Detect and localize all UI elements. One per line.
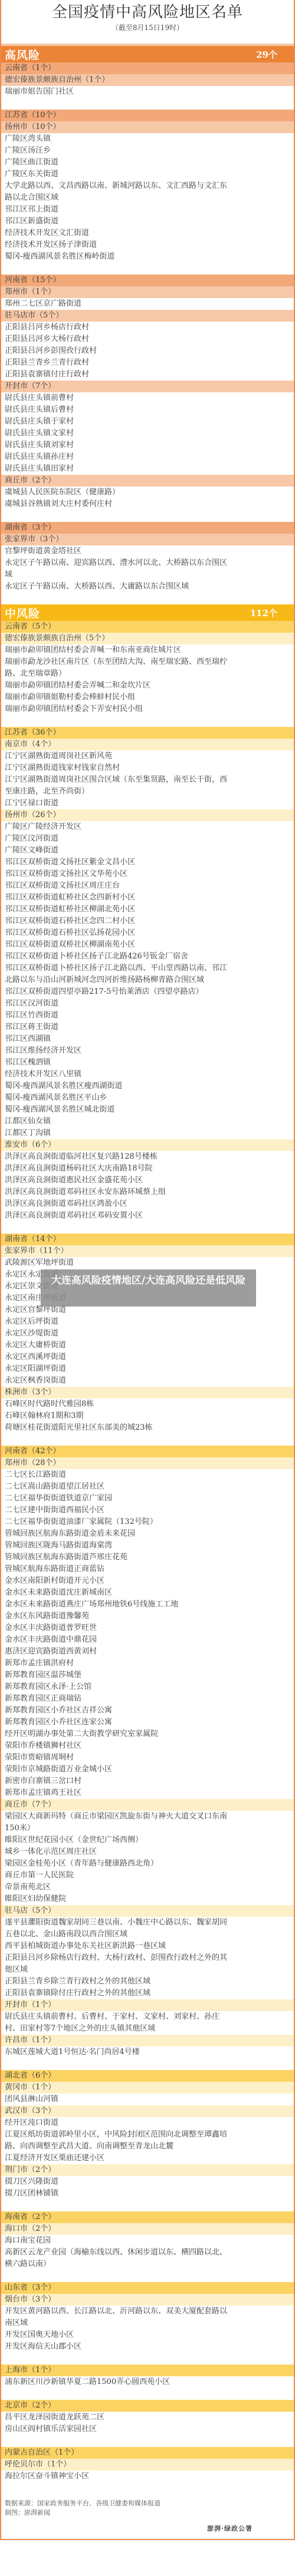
city-header: 荆门市（2个）: [1, 2164, 294, 2176]
area-item: 广陵区东关街道: [1, 168, 294, 180]
section-gap: [1, 2435, 294, 2447]
area-item: 睢阳区世纪花园小区（金世纪广场西侧）: [1, 1834, 294, 1846]
area-item: 遂平县灈阳街道魏家胡同三巷以南、小魏庄中心路以东、魏家胡同五巷以北、金山路南段以…: [1, 1917, 294, 1940]
section-gap: [1, 510, 294, 522]
area-item: 东城区莲城大道1号恒达·名门尚居4号楼: [1, 2046, 294, 2058]
area-item: 洪泽区高良涧街道邓码社区鸿盈小区: [1, 1198, 294, 1210]
city-header: 海口市（2个）: [1, 2223, 294, 2235]
mid-risk-list: 云南省（5个）德宏傣族景颇族自治州（5个）瑞丽市勐卯镇团结村委会弄喊一和东南亚商…: [1, 621, 294, 2494]
area-item: 永定区子午路以南、大桥路以西、大庸路以东合围区域: [1, 581, 294, 593]
city-header: 商丘市（7个）: [1, 1799, 294, 1811]
area-item: 尉氏县庄头镇前曹村、后曹村、于家村、文家村、刘家村、孙庄村、田家村等7个地区之外…: [1, 2011, 294, 2035]
area-item: 经开区沌口街道: [1, 2117, 294, 2129]
mid-risk-header: 中风险 112个: [1, 604, 294, 621]
area-item: 二七区建中街街道西福民小区: [1, 1504, 294, 1516]
city-header: 株洲市（3个）: [1, 1387, 294, 1398]
city-header: 驻马店（5个）: [1, 1905, 294, 1917]
mid-risk-section: 中风险 112个 云南省（5个）德宏傣族景颇族自治州（5个）瑞丽市勐卯镇团结村委…: [1, 604, 294, 2494]
area-item: 邗江区蒋王街道: [1, 1021, 294, 1033]
city-header: 武汉市（3个）: [1, 2105, 294, 2117]
area-item: 永定区阳湖坪街道: [1, 1363, 294, 1375]
area-item: 蜀冈-瘦西湖风景名胜区瘦西湖街道: [1, 1080, 294, 1092]
area-item: 新郑教育园区永泽·上公馆: [1, 1681, 294, 1693]
area-item: 经济技术开发区扬子津街道: [1, 239, 294, 251]
area-item: 蜀冈-瘦西湖风景名胜区梅岭街道: [1, 251, 294, 263]
area-item: 江夏区纸坊街道郭岭里小区，中风险封闭区范围向北调整至谭鑫培路、向西调整至武昌大道…: [1, 2129, 294, 2152]
area-item: 洪泽区高良涧街道邓码社区永安东路环城蔡上组: [1, 1186, 294, 1198]
risk-list-infographic: 全国疫情中高风险地区名单 （截至8月15日19时） 高风险 29个 云南省（1个…: [0, 0, 295, 2540]
province-header: 山东省（3个）: [1, 2282, 294, 2294]
area-item: 邗江区竹西街道: [1, 1010, 294, 1021]
chart-credit: 制图：澎湃新闻: [5, 2508, 290, 2518]
area-item: 洪泽区高良涧街道邓码社区邓码安置小区: [1, 1210, 294, 1222]
province-header: 北京市（2个）: [1, 2400, 294, 2412]
area-item: 武陵源区军地坪街道: [1, 1257, 294, 1269]
area-item: 广陵区汶河街道: [1, 833, 294, 845]
area-item: 尉氏县庄头镇刘家村: [1, 439, 294, 451]
area-item: 洪泽区高良涧街道惠民社区金盛花苑小区: [1, 1175, 294, 1186]
page-title: 全国疫情中高风险地区名单: [1, 0, 294, 21]
city-header: 开封市（7个）: [1, 381, 294, 392]
area-item: 邗江区双桥街道四望亭路217-5号怡莱酒店（四望亭路店）: [1, 986, 294, 998]
section-gap: [1, 2058, 294, 2070]
city-header: 德宏傣族景颇族自治州（1个）: [1, 74, 294, 86]
province-header: 内蒙古自治区（1个）: [1, 2447, 294, 2459]
area-item: 新郑教育园区正商瑞钻: [1, 1693, 294, 1705]
area-item: 虞城县人民医院东院区（健康路）: [1, 487, 294, 498]
area-item: 广陵区湾头镇: [1, 133, 294, 145]
area-item: 正阳县吕河乡除杨店行政村、大杨行政村、彭围孜行政村之外的其他区域: [1, 1952, 294, 1976]
area-item: 正阳县吕河乡杨店行政村: [1, 322, 294, 333]
area-item: 新郑教育园区温莎城堡: [1, 1669, 294, 1681]
province-header: 云南省（5个）: [1, 621, 294, 633]
province-header: 湖南省（14个）: [1, 1234, 294, 1245]
area-item: 金水区南阳新村街道开元小区: [1, 1575, 294, 1587]
area-item: 海拉尔区奋斗镇神宝小区: [1, 2471, 294, 2482]
city-header: 张家界市（11个）: [1, 1245, 294, 1257]
data-source: 数据来源：国家政务服务平台、各级卫健委和媒体报道: [5, 2499, 290, 2508]
area-item: 新郑市孟庄镇洪府村: [1, 1658, 294, 1669]
area-item: 大学北路以西、文昌西路以南、新城河路以东、文汇西路与文汇东路以北合围区域: [1, 180, 294, 204]
province-header: 湖北省（6个）: [1, 2070, 294, 2082]
area-item: 高新区云龙产业园（海榆东线以西、休闲步道以东、横四路以北、横六路以南）: [1, 2247, 294, 2270]
city-header: 驻马店市（5个）: [1, 310, 294, 322]
area-item: 永定区后坪街道: [1, 1316, 294, 1328]
area-item: 永定区沙堤街道: [1, 1328, 294, 1340]
area-item: 掇刀区兴隆街道: [1, 2176, 294, 2188]
area-item: 永定区西溪坪街道: [1, 1351, 294, 1363]
city-header: 淮安市（6个）: [1, 1139, 294, 1151]
area-item: 江都区仙女镇: [1, 1116, 294, 1127]
area-item: 虞城县谷熟镇刘大庄村委何庄村: [1, 498, 294, 510]
section-gap: [1, 2353, 294, 2365]
high-risk-list: 云南省（1个）德宏傣族景颇族自治州（1个）瑞丽市姐告国门社区江苏省（10个）扬州…: [1, 62, 294, 604]
city-header: 张家界市（3个）: [1, 534, 294, 545]
area-item: 瑞丽市姐告国门社区: [1, 86, 294, 98]
footer: 数据来源：国家政务服务平台、各级卫健委和媒体报道 制图：澎湃新闻: [1, 2494, 294, 2524]
area-item: 开发区国奥天地小区: [1, 2329, 294, 2341]
province-header: 江苏省（36个）: [1, 727, 294, 739]
area-item: 邗江区双桥街道卜桥社区扬子江北路426号钣金厂宿舍: [1, 951, 294, 963]
area-item: 尉氏县庄头镇前曹村: [1, 392, 294, 404]
area-item: 管城区航海东路街道正商蓝钻: [1, 1563, 294, 1575]
area-item: 瑞丽市勐卯镇团结村委会弄喊一和东南亚商住城片区: [1, 644, 294, 656]
area-item: 邗江区双桥街道卜桥社区扬子江北路以西、平山堂西路以南、邗江北路以东与沿山河新城河…: [1, 963, 294, 986]
section-gap: [1, 2482, 294, 2494]
area-item: 石峰区翰林府1期和3期: [1, 1410, 294, 1422]
city-header: 郑州市（28个）: [1, 1457, 294, 1469]
area-item: 金水区丰庆路街道中鼎花园: [1, 1634, 294, 1646]
area-item: 浦东新区川沙新镇华夏二路1500弄心圆西苑小区: [1, 2376, 294, 2388]
section-gap: [1, 1434, 294, 1446]
area-item: 开发区海信天山郡小区: [1, 2341, 294, 2353]
area-item: 邗江区双桥街道石桥社区念四二村小区: [1, 915, 294, 927]
area-item: 邗江区双桥街道文扬社区紫金文昌小区: [1, 857, 294, 868]
mid-risk-label: 中风险: [5, 605, 40, 621]
area-item: 金水区东风路街道豫馨苑: [1, 1611, 294, 1622]
section-gap: [1, 2200, 294, 2211]
caption-overlay: 大连高风险疫情地区/大连高风险还是低风险: [41, 1269, 256, 1307]
area-item: 邗江区双桥街道虹桥社区柳湖北苑小区: [1, 904, 294, 915]
page-subtitle: （截至8月15日19时）: [1, 22, 294, 33]
province-header: 上海市（1个）: [1, 2365, 294, 2376]
area-item: 江宁区湖熟街道周岗社区围合区域（东至集贤路，南至长干街，西至康庄路，北至齐尚街）: [1, 774, 294, 798]
area-item: 管城回族区航海东路街道金盾未来花园: [1, 1528, 294, 1540]
area-item: 邗江区邗上街道: [1, 204, 294, 216]
area-item: 二七区福华街街道油漆厂家属院（132号院）: [1, 1516, 294, 1528]
area-item: 邗江区新盛街道: [1, 216, 294, 227]
city-header: 德宏傣族景颇族自治州（5个）: [1, 633, 294, 644]
province-header: 湖南省（3个）: [1, 522, 294, 534]
area-item: 正阳县吕河乡大杨行政村: [1, 333, 294, 345]
area-item: 睢阳区妇幼保健院: [1, 1893, 294, 1905]
area-item: 帝景南苑北区: [1, 1881, 294, 1893]
area-item: 新郑教育园区小乔社区连家公寓: [1, 1717, 294, 1728]
area-item: 荥阳市京城路街道万业金城小区: [1, 1764, 294, 1775]
high-risk-section: 高风险 29个 云南省（1个）德宏傣族景颇族自治州（1个）瑞丽市姐告国门社区江苏…: [1, 46, 294, 604]
province-header: 江苏省（10个）: [1, 110, 294, 121]
area-item: 官黎坪街道黄金塔社区: [1, 545, 294, 557]
section-gap: [1, 2388, 294, 2400]
area-item: 瑞丽市勐龙沙社区南片区（东至团结大沟、南至瑞宏路、西至瑞柠路、北至瑞章路）: [1, 656, 294, 680]
area-item: 瑞丽市勐卯镇团结村委会弄喊二和金坎片区: [1, 680, 294, 692]
area-item: 正阳县兰青乡兰青行政村: [1, 357, 294, 369]
area-item: 永定区枫香岗街道: [1, 1375, 294, 1387]
province-header: 云南省（1个）: [1, 62, 294, 74]
area-item: 邗江区槐泗镇: [1, 1057, 294, 1069]
city-header: 扬州市（26个）: [1, 809, 294, 821]
area-item: 海口南宝花园: [1, 2235, 294, 2247]
area-item: 尉氏县庄头镇田家村: [1, 463, 294, 475]
province-header: 河南省（42个）: [1, 1446, 294, 1457]
area-item: 正阳县袁寨镇付庄行政村: [1, 369, 294, 381]
section-gap: [1, 1222, 294, 1234]
area-item: 新郑市孟庄镇鸡王社区: [1, 1787, 294, 1799]
area-item: 江都区丁沟镇: [1, 1127, 294, 1139]
area-item: 管城回族区航海东路街道芦邢庄花苑: [1, 1552, 294, 1563]
area-item: 金水区未来路街道沈庄新城南区: [1, 1587, 294, 1599]
area-item: 广陵区文峰街道: [1, 845, 294, 857]
city-header: 商丘市（2个）: [1, 475, 294, 487]
area-item: 广陵区汤汪乡: [1, 145, 294, 157]
area-item: 荥阳市乔楼镇狮村社区: [1, 1740, 294, 1752]
area-item: 新密市白寨镇三岔口村: [1, 1775, 294, 1787]
area-item: 新郑教育园区小乔社区吉祥公寓: [1, 1705, 294, 1717]
area-item: 二七区福华街街道铁道京广家园: [1, 1493, 294, 1504]
area-item: 瑞丽市勐卯镇姐勒村委会棒蚌村民小组: [1, 692, 294, 703]
area-item: 广陵区曲江街道: [1, 157, 294, 168]
area-item: 石峰区时代路时代雅园8栋: [1, 1398, 294, 1410]
area-item: 邗江区汉河街道: [1, 998, 294, 1010]
area-item: 尉氏县庄头镇于家村: [1, 416, 294, 428]
area-item: 惠济区迎宾路街道西黄刘村: [1, 1646, 294, 1658]
section-gap: [1, 715, 294, 727]
city-header: 呼伦贝尔市（1个）: [1, 2459, 294, 2471]
section-gap: [1, 593, 294, 604]
area-item: 郑州二七区京广路街道: [1, 298, 294, 310]
area-item: 江宁区湖熟街道钱家村钱家自然村: [1, 762, 294, 774]
area-item: 永定区大庸桥街道: [1, 1340, 294, 1351]
area-item: 尉氏县庄头镇后曹村: [1, 404, 294, 416]
area-item: 梁园区大商新玛特（商丘市梁园区凯旋东街与神火大道交叉口东南150米）: [1, 1811, 294, 1834]
mid-risk-count: 112个: [250, 607, 277, 619]
city-header: 南京市（4个）: [1, 739, 294, 750]
area-item: 西平县柏城街道办事处东关社区新洪路一巷区域: [1, 1940, 294, 1952]
province-header: 海南省（2个）: [1, 2211, 294, 2223]
city-header: 黄冈市（1个）: [1, 2082, 294, 2094]
area-item: 经济技术开发区八里镇: [1, 1069, 294, 1080]
city-header: 扬州市（10个）: [1, 121, 294, 133]
section-gap: [1, 263, 294, 275]
area-item: 经济技术开发区文汇街道: [1, 227, 294, 239]
area-item: 邗江区双桥街道虹桥社区念四新村小区: [1, 892, 294, 904]
area-item: 正阳县袁寨镇除付庄行政村之外的其他区域: [1, 1988, 294, 1999]
area-item: 蜀冈-瘦西湖风景名胜区城北街道: [1, 1104, 294, 1116]
city-header: 郑州市（1个）: [1, 286, 294, 298]
area-item: 广陵区广陵经济开发区: [1, 821, 294, 833]
area-item: 邗江区双桥街道双桥社区柳湖南苑小区: [1, 939, 294, 951]
area-item: 正阳县兰青乡除兰青行政村之外的其他区域: [1, 1976, 294, 1988]
high-risk-header: 高风险 29个: [1, 46, 294, 62]
city-header: 许昌市（1个）: [1, 2035, 294, 2046]
area-item: 荷塘区桂花街道阳光里社区东部美的城23栋: [1, 1422, 294, 1434]
area-item: 邗江区双桥街道石桥社区弘扬花园小区: [1, 927, 294, 939]
province-header: 河南省（15个）: [1, 275, 294, 286]
area-item: 江宁区禄口街道: [1, 798, 294, 809]
area-item: 尉氏县庄头镇孙庄村: [1, 451, 294, 463]
area-item: 金水区未来路街道燕庄广场郑州地铁6号线施工工地: [1, 1599, 294, 1611]
title-box: 全国疫情中高风险地区名单 （截至8月15日19时）: [1, 0, 294, 46]
area-item: 邗江区双桥街道文扬社区周庄庄台: [1, 880, 294, 892]
area-item: 房山区阎村镇乐活家园社区: [1, 2423, 294, 2435]
area-item: 蜀冈-瘦西湖风景名胜区平山乡: [1, 1092, 294, 1104]
area-item: 邗江区双桥街道文扬社区文华苑小区: [1, 868, 294, 880]
area-item: 洪泽区高良涧街道杨码社区大庆南路18号院: [1, 1163, 294, 1175]
area-item: 邗江区维扬经济开发区: [1, 1045, 294, 1057]
area-item: 管城回族区陇海马路街道海棠湾: [1, 1540, 294, 1552]
area-item: 城乡一体化示范区周庄社区: [1, 1846, 294, 1858]
publisher-logo: 澎湃·绿政公署: [1, 2524, 294, 2539]
section-gap: [1, 2270, 294, 2282]
area-item: 邗江区西湖镇: [1, 1033, 294, 1045]
area-item: 团风县淋山河镇: [1, 2094, 294, 2105]
section-gap: [1, 98, 294, 110]
area-item: 开发区黄河路以西、长江路以北、沂河路以东、双美大厦配套路以南区域: [1, 2306, 294, 2329]
area-item: 洪泽区高良涧街道临河社区复兴路128号楼栋: [1, 1151, 294, 1163]
area-item: 梁园区金桂苑小区（青年路与健康路西北角）: [1, 1858, 294, 1870]
area-item: 瑞丽市勐卯镇团结村委会下弄安村民小组: [1, 703, 294, 715]
area-item: 二七区长江路街道: [1, 1469, 294, 1481]
area-item: 金水区丰庆路街道普罗旺世: [1, 1622, 294, 1634]
high-risk-count: 29个: [256, 48, 277, 61]
area-item: 正阳县吕河乡彭围孜行政村: [1, 345, 294, 357]
area-item: 经开区明湖办事处第二大街教学研究室家属院: [1, 1728, 294, 1740]
area-item: 二七区嵩山路街道望江居社区: [1, 1481, 294, 1493]
city-header: 烟台市（3个）: [1, 2294, 294, 2306]
area-item: 江宁区湖熟街道周岗社区新风苑: [1, 750, 294, 762]
area-item: 江夏经济开发区栗庙还建小区: [1, 2152, 294, 2164]
area-item: 掇刀区团林铺镇: [1, 2188, 294, 2200]
area-item: 永定区子午路以南、迎宾路以西、澧水河以北、大桥路以东合围区域: [1, 557, 294, 581]
area-item: 昌平区龙泽园街道龙跃苑二区: [1, 2412, 294, 2423]
city-header: 开封市（1个）: [1, 1999, 294, 2011]
area-item: 荥阳市贾峪镇周垌村: [1, 1752, 294, 1764]
area-item: 尉氏县庄头镇文家村: [1, 428, 294, 439]
area-item: 商丘市第一人民医院: [1, 1870, 294, 1881]
high-risk-label: 高风险: [5, 47, 40, 62]
